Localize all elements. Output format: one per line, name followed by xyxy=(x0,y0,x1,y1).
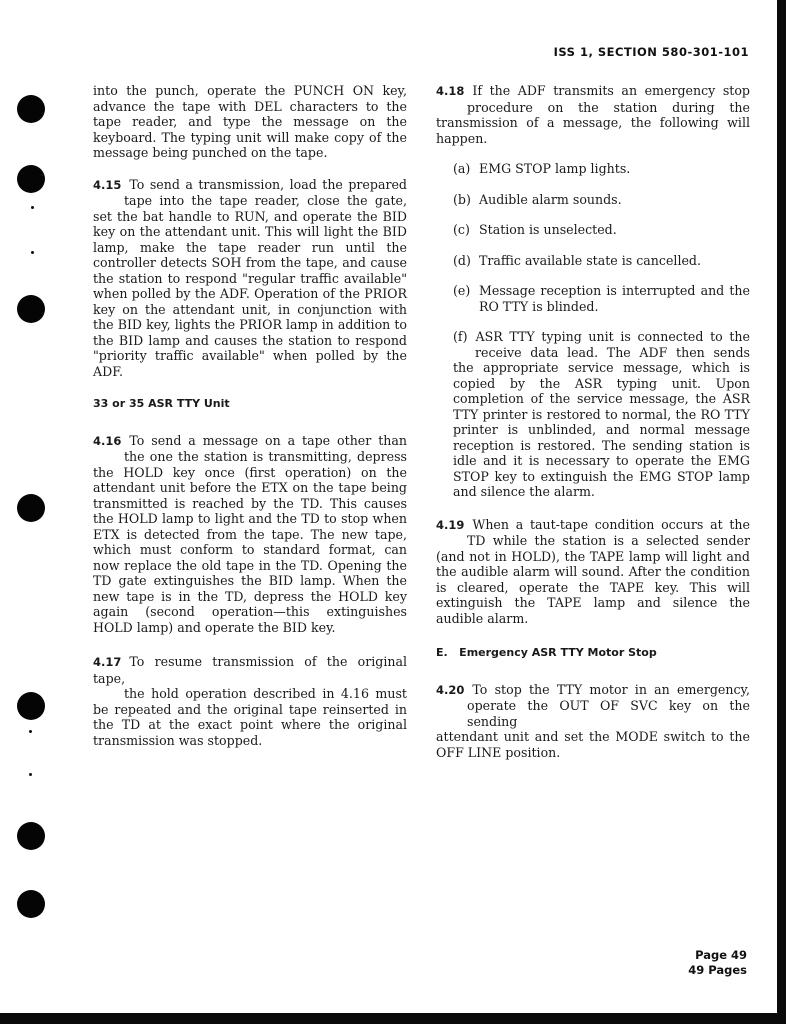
paragraph-number: 4.19 xyxy=(436,518,464,532)
item-text: ASR TTY typing unit is connected to the xyxy=(476,329,751,344)
item-label: (c) xyxy=(453,222,479,238)
binder-hole xyxy=(17,95,45,123)
list-item: (f)ASR TTY typing unit is connected to t… xyxy=(453,329,750,500)
paragraph-number: 4.15 xyxy=(93,178,121,192)
item-label: (b) xyxy=(453,192,479,208)
paragraph-4-15: 4.15To send a transmission, load the pre… xyxy=(93,177,407,380)
paragraph-text: TD while the station is a selected sende… xyxy=(436,533,750,549)
item-text: EMG STOP lamp lights. xyxy=(479,161,750,177)
item-label: (f) xyxy=(453,329,468,344)
paragraph-number: 4.20 xyxy=(436,683,464,697)
item-text: Audible alarm sounds. xyxy=(479,192,750,208)
paragraph-4-17: 4.17To resume transmission of the origin… xyxy=(93,654,407,748)
binder-hole xyxy=(17,822,45,850)
scan-speck xyxy=(31,206,34,209)
paragraph-number: 4.18 xyxy=(436,84,464,98)
paragraph-text: When a taut-tape condition occurs at the xyxy=(472,517,750,532)
item-label: (a) xyxy=(453,161,479,177)
paragraph-4-18: 4.18If the ADF transmits an emergency st… xyxy=(436,83,750,146)
paragraph-text: To stop the TTY motor in an emergency, xyxy=(472,682,750,697)
paragraph-text: To resume transmission of the original t… xyxy=(93,654,407,686)
list-item: (d)Traffic available state is cancelled. xyxy=(453,253,750,269)
scan-speck xyxy=(29,730,32,733)
paragraph-text: To send a message on a tape other than xyxy=(129,433,407,448)
binder-hole xyxy=(17,494,45,522)
item-label: (e) xyxy=(453,283,479,314)
paragraph-text: the hold operation described in 4.16 mus… xyxy=(93,686,407,702)
scan-edge-bottom xyxy=(0,1013,786,1024)
paragraph-text: the one the station is transmitting, dep… xyxy=(93,449,407,465)
paragraph-text: transmission of a message, the following… xyxy=(436,115,750,146)
page-footer: Page 49 49 Pages xyxy=(688,948,747,978)
scan-speck xyxy=(29,773,32,776)
paragraph-text: set the bat handle to RUN, and operate t… xyxy=(93,209,407,380)
item-text: Message reception is interrupted and the… xyxy=(479,283,750,314)
paragraph-number: 4.17 xyxy=(93,655,121,669)
item-text: Station is unselected. xyxy=(479,222,750,238)
paragraph-text: attendant unit and set the MODE switch t… xyxy=(436,729,750,760)
paragraph-text: be repeated and the original tape reinse… xyxy=(93,702,407,749)
item-text: receive data lead. The ADF then sends xyxy=(453,345,750,361)
paragraph-4-19: 4.19When a taut-tape condition occurs at… xyxy=(436,517,750,627)
paragraph-text: procedure on the station during the xyxy=(436,100,750,116)
paragraph-4-16: 4.16To send a message on a tape other th… xyxy=(93,433,407,636)
paragraph-text: If the ADF transmits an emergency stop xyxy=(472,83,750,98)
page-count: 49 Pages xyxy=(688,963,747,978)
paragraph-text: To send a transmission, load the prepare… xyxy=(129,177,407,192)
subheading-emergency-motor-stop: E. Emergency ASR TTY Motor Stop xyxy=(436,645,750,661)
right-column: 4.18If the ADF transmits an emergency st… xyxy=(436,83,750,776)
subheading-asr-tty-unit: 33 or 35 ASR TTY Unit xyxy=(93,396,407,412)
item-label: (d) xyxy=(453,253,479,269)
section-header: ISS 1, SECTION 580-301-101 xyxy=(554,45,749,59)
paragraph-text: tape into the tape reader, close the gat… xyxy=(93,193,407,209)
continued-paragraph: into the punch, operate the PUNCH ON key… xyxy=(93,83,407,161)
paragraph-text: the HOLD key once (first operation) on t… xyxy=(93,465,407,636)
list-item: (c)Station is unselected. xyxy=(453,222,750,238)
item-text: Traffic available state is cancelled. xyxy=(479,253,750,269)
consequence-list: (a)EMG STOP lamp lights. (b)Audible alar… xyxy=(436,161,750,500)
list-item: (b)Audible alarm sounds. xyxy=(453,192,750,208)
document-page: ISS 1, SECTION 580-301-101 into the punc… xyxy=(0,0,786,1024)
binder-hole xyxy=(17,165,45,193)
binder-hole xyxy=(17,295,45,323)
scan-edge-right xyxy=(777,0,786,1024)
paragraph-number: 4.16 xyxy=(93,434,121,448)
binder-hole xyxy=(17,890,45,918)
scan-speck xyxy=(31,251,34,254)
paragraph-4-20: 4.20To stop the TTY motor in an emergenc… xyxy=(436,682,750,761)
binder-hole xyxy=(17,692,45,720)
page-number: Page 49 xyxy=(688,948,747,963)
paragraph-text: operate the OUT OF SVC key on the sendin… xyxy=(436,698,750,729)
list-item: (a)EMG STOP lamp lights. xyxy=(453,161,750,177)
left-column: into the punch, operate the PUNCH ON key… xyxy=(93,83,407,764)
item-text: the appropriate service message, which i… xyxy=(453,360,750,499)
list-item: (e)Message reception is interrupted and … xyxy=(453,283,750,314)
paragraph-text: (and not in HOLD), the TAPE lamp will li… xyxy=(436,549,750,627)
